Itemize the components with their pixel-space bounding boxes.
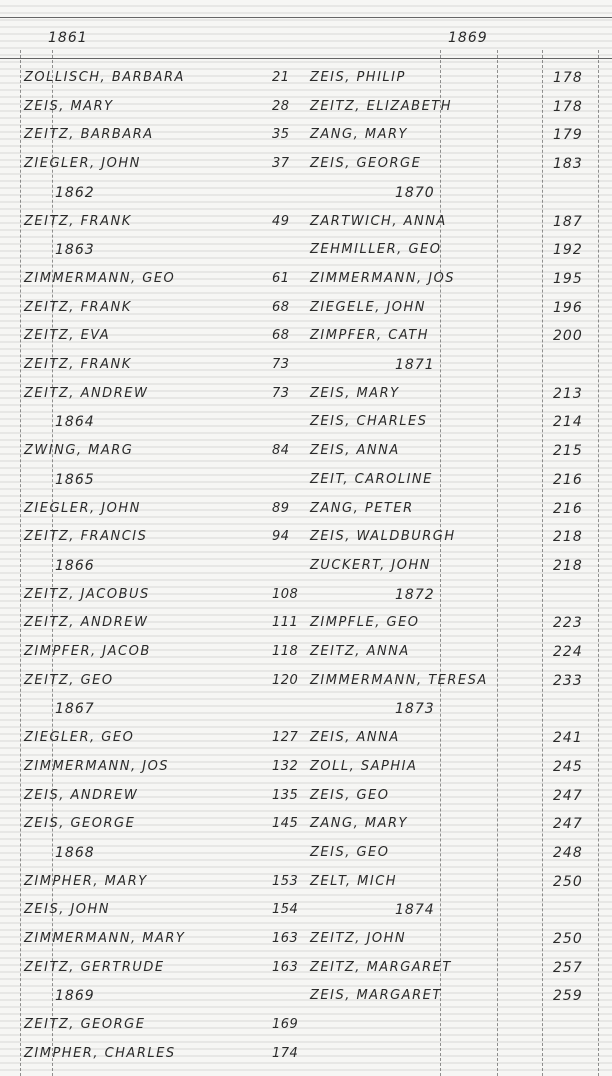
index-entry-name: Zeis, Andrew — [24, 788, 138, 803]
index-entry-name: Zeitz, Andrew — [24, 386, 148, 401]
index-entry-name: Zartwich, Anna — [310, 214, 447, 229]
year-marker: 1870 — [395, 185, 435, 201]
top-rule — [0, 17, 612, 18]
index-entry-name: Ziegler, John — [24, 501, 141, 516]
index-entry-name: Zeitz, Elizabeth — [310, 99, 452, 114]
entry-number: 84 — [272, 443, 290, 458]
entry-number: 28 — [272, 99, 290, 114]
index-entry-name: Zimmermann, Mary — [24, 931, 185, 946]
page-number: 200 — [553, 328, 583, 344]
page-number: 259 — [553, 988, 583, 1004]
index-entry-name: Zeis, Geo — [310, 788, 390, 803]
index-entry-name: Zang, Mary — [310, 127, 408, 142]
column-divider — [598, 50, 599, 1076]
page-number: 196 — [553, 300, 583, 316]
column-divider — [542, 50, 543, 1076]
column-divider — [52, 50, 53, 1076]
index-entry-name: Zeis, Philip — [310, 70, 406, 85]
page-number: 247 — [553, 816, 583, 832]
page-number: 192 — [553, 242, 583, 258]
index-entry-name: Zeis, Charles — [310, 414, 427, 429]
entry-number: 154 — [272, 902, 298, 917]
year-marker: 1872 — [395, 587, 435, 603]
index-entry-name: Zeis, Waldburgh — [310, 529, 456, 544]
index-entry-name: Zeitz, Anna — [310, 644, 410, 659]
entry-number: 94 — [272, 529, 290, 544]
index-entry-name: Zimpher, Mary — [24, 874, 148, 889]
index-entry-name: Zeis, Mary — [310, 386, 400, 401]
index-entry-name: Zimmermann, Geo — [24, 271, 175, 286]
ledger-page: 1861 1869 Zollisch, BarbaraZeis, MaryZei… — [0, 0, 612, 1076]
index-entry-name: Ziegler, Geo — [24, 730, 134, 745]
entry-number: 111 — [272, 615, 298, 630]
page-number: 223 — [553, 615, 583, 631]
index-entry-name: Zeitz, Gertrude — [24, 960, 165, 975]
index-entry-name: Zang, Peter — [310, 501, 414, 516]
index-entry-name: Zeis, Mary — [24, 99, 114, 114]
index-entry-name: Zeis, John — [24, 902, 110, 917]
index-entry-name: Zimmermann, Jos — [310, 271, 455, 286]
index-entry-name: Zeis, Margaret — [310, 988, 442, 1003]
index-entry-name: Zeit, Caroline — [310, 472, 433, 487]
index-entry-name: Zeitz, Frank — [24, 300, 132, 315]
index-entry-name: Zelt, Mich — [310, 874, 397, 889]
index-entry-name: Zeitz, Barbara — [24, 127, 154, 142]
entry-number: 35 — [272, 127, 290, 142]
year-marker: 1863 — [55, 242, 95, 258]
index-entry-name: Zeitz, Eva — [24, 328, 110, 343]
index-entry-name: Zimpfer, Cath — [310, 328, 429, 343]
index-entry-name: Zuckert, John — [310, 558, 431, 573]
year-marker: 1871 — [395, 357, 435, 373]
column-divider — [20, 50, 21, 1076]
entry-number: 73 — [272, 357, 290, 372]
index-entry-name: Zeitz, Geo — [24, 673, 114, 688]
page-number: 187 — [553, 214, 583, 230]
index-entry-name: Zimpfle, Geo — [310, 615, 420, 630]
page-number: 178 — [553, 70, 583, 86]
entry-number: 153 — [272, 874, 298, 889]
year-marker: 1867 — [55, 701, 95, 717]
year-marker: 1864 — [55, 414, 95, 430]
page-number: 215 — [553, 443, 583, 459]
page-number: 214 — [553, 414, 583, 430]
entry-number: 127 — [272, 730, 298, 745]
year-marker: 1869 — [55, 988, 95, 1004]
page-number: 183 — [553, 156, 583, 172]
page-number: 250 — [553, 874, 583, 890]
header-year-right: 1869 — [448, 30, 488, 46]
column-divider — [440, 50, 441, 1076]
entry-number: 163 — [272, 960, 298, 975]
entry-number: 89 — [272, 501, 290, 516]
year-marker: 1868 — [55, 845, 95, 861]
page-number: 248 — [553, 845, 583, 861]
index-entry-name: Zoll, Saphia — [310, 759, 417, 774]
header-year-left: 1861 — [48, 30, 88, 46]
index-entry-name: Zeitz, Frank — [24, 357, 132, 372]
page-number: 218 — [553, 558, 583, 574]
index-entry-name: Zeis, Geo — [310, 845, 390, 860]
entry-number: 21 — [272, 70, 290, 85]
page-number: 178 — [553, 99, 583, 115]
entry-number: 120 — [272, 673, 298, 688]
entry-number: 108 — [272, 587, 298, 602]
entry-number: 163 — [272, 931, 298, 946]
index-entry-name: Zeitz, Jacobus — [24, 587, 150, 602]
index-entry-name: Ziegler, John — [24, 156, 141, 171]
index-entry-name: Zeitz, Frank — [24, 214, 132, 229]
page-number: 216 — [553, 501, 583, 517]
index-entry-name: Zeis, George — [24, 816, 135, 831]
entry-number: 61 — [272, 271, 290, 286]
page-number: 241 — [553, 730, 583, 746]
index-entry-name: Zimpfer, Jacob — [24, 644, 151, 659]
entry-number: 68 — [272, 328, 290, 343]
index-entry-name: Zwing, Marg — [24, 443, 133, 458]
index-entry-name: Zeitz, Andrew — [24, 615, 148, 630]
entry-number: 73 — [272, 386, 290, 401]
index-entry-name: Zeis, Anna — [310, 730, 400, 745]
page-number: 195 — [553, 271, 583, 287]
year-marker: 1865 — [55, 472, 95, 488]
index-entry-name: Zeis, Anna — [310, 443, 400, 458]
entry-number: 174 — [272, 1046, 298, 1061]
index-entry-name: Zeitz, George — [24, 1017, 145, 1032]
page-number: 257 — [553, 960, 583, 976]
page-number: 224 — [553, 644, 583, 660]
header-rule — [0, 58, 612, 59]
year-marker: 1862 — [55, 185, 95, 201]
index-entry-name: Zehmiller, Geo — [310, 242, 441, 257]
entry-number: 169 — [272, 1017, 298, 1032]
year-marker: 1873 — [395, 701, 435, 717]
index-entry-name: Zimpher, Charles — [24, 1046, 176, 1061]
entry-number: 145 — [272, 816, 298, 831]
index-entry-name: Zollisch, Barbara — [24, 70, 185, 85]
index-entry-name: Zeis, George — [310, 156, 421, 171]
year-marker: 1866 — [55, 558, 95, 574]
year-marker: 1874 — [395, 902, 435, 918]
entry-number: 37 — [272, 156, 290, 171]
page-number: 179 — [553, 127, 583, 143]
page-number: 247 — [553, 788, 583, 804]
page-number: 213 — [553, 386, 583, 402]
index-entry-name: Zimmermann, Teresa — [310, 673, 488, 688]
column-divider — [497, 50, 498, 1076]
entry-number: 135 — [272, 788, 298, 803]
index-entry-name: Ziegele, John — [310, 300, 426, 315]
page-number: 245 — [553, 759, 583, 775]
entry-number: 132 — [272, 759, 298, 774]
index-entry-name: Zeitz, Margaret — [310, 960, 452, 975]
entry-number: 118 — [272, 644, 298, 659]
index-entry-name: Zeitz, Francis — [24, 529, 147, 544]
entry-number: 49 — [272, 214, 290, 229]
page-number: 218 — [553, 529, 583, 545]
entry-number: 68 — [272, 300, 290, 315]
page-number: 216 — [553, 472, 583, 488]
page-number: 233 — [553, 673, 583, 689]
index-entry-name: Zimmermann, Jos — [24, 759, 169, 774]
page-number: 250 — [553, 931, 583, 947]
index-entry-name: Zang, Mary — [310, 816, 408, 831]
index-entry-name: Zeitz, John — [310, 931, 406, 946]
